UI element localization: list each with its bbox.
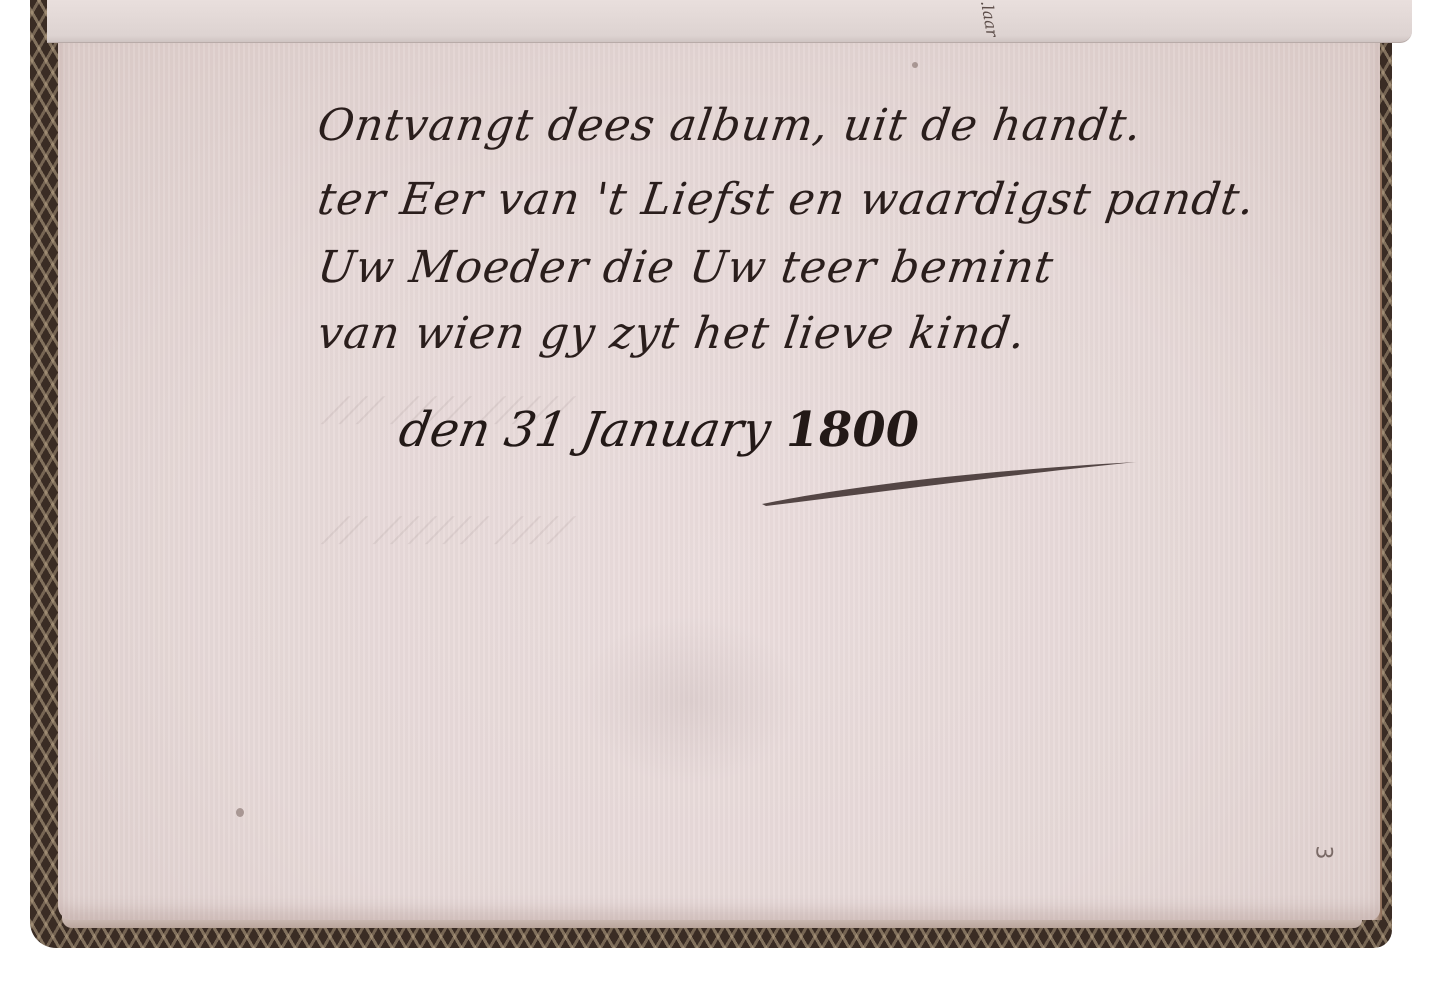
bleed-through-ornament [560,600,820,800]
bleed-through-text: // ////// //// [321,510,583,550]
date-year: 1800 [780,402,923,458]
previous-page-text-fragment: ...laar [975,0,1002,38]
date: den 31 January 1800 [395,402,924,458]
date-prefix: den [395,402,495,458]
date-day: 31 [500,402,571,458]
poem-line: Ontvangt dees album, uit de handt. [314,100,1145,151]
poem-line: Uw Moeder die Uw teer bemint [314,242,1057,293]
ink-spot [236,808,244,817]
underline-flourish-icon [760,458,1140,508]
date-month: January [577,402,775,458]
page-number: 3 [1311,846,1336,860]
ink-spot [912,62,918,68]
previous-page-edge: ...laar [47,0,1412,43]
poem-line: ter Eer van 't Liefst en waardigst pandt… [314,174,1258,225]
poem-line: van wien gy zyt het lieve kind. [314,308,1029,359]
album-photo: ...laar /// //// ///// // ////// //// On… [0,0,1438,1000]
